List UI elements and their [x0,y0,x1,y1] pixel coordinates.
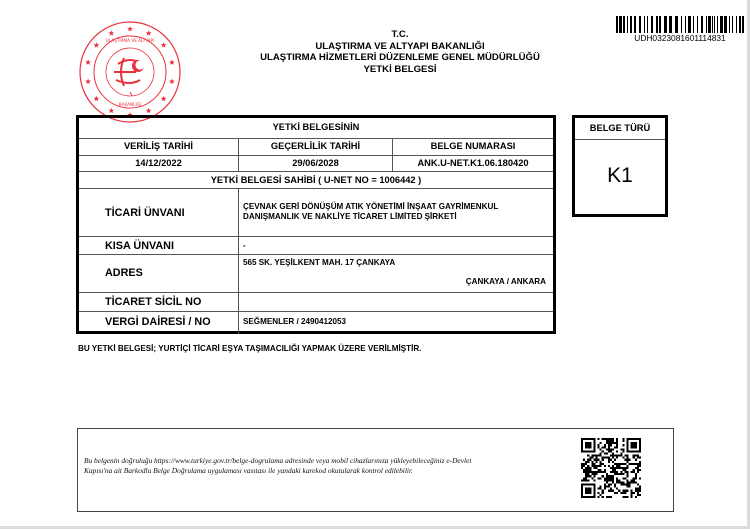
header-ministry: ULAŞTIRMA VE ALTYAPI BAKANLIĞI [240,41,560,53]
verification-line1: Bu belgenin doğruluğu https://www.turkiy… [84,456,554,466]
address-label: ADRES [105,267,143,279]
issue-date: 14/12/2022 [79,158,238,168]
short-name-label: KISA ÜNVANI [105,240,174,252]
document-type-box: BELGE TÜRÜ K1 [572,115,668,217]
address-line2: ÇANKAYA / ANKARA [466,277,546,286]
barcode-icon [616,16,744,33]
certificate-title: YETKİ BELGESİNİN [79,122,553,132]
header-directorate: ULAŞTIRMA HİZMETLERİ DÜZENLEME GENEL MÜD… [240,52,560,64]
issue-date-header: VERİLİŞ TARİHİ [79,141,238,151]
header-document-title: YETKİ BELGESİ [240,64,560,76]
verification-line2: Kapısı'na ait Barkodlu Belge Doğrulama u… [84,466,554,476]
tax-office-number: SEĞMENLER / 2490412053 [243,317,346,326]
trade-registry-label: TİCARET SİCİL NO [105,296,201,308]
verification-box: Bu belgenin doğruluğu https://www.turkiy… [77,428,674,512]
trade-name-line1: ÇEVNAK GERİ DÖNÜŞÜM ATIK YÖNETİMİ İNŞAAT… [243,202,498,211]
qr-code-icon[interactable] [581,438,641,498]
tax-label: VERGİ DAİRESİ / NO [105,316,211,328]
authorization-statement: BU YETKİ BELGESİ; YURTİÇİ TİCARİ EŞYA TA… [78,344,421,353]
svg-text:ULAŞTIRMA VE ALTYAPI: ULAŞTIRMA VE ALTYAPI [106,38,154,43]
document-header: T.C. ULAŞTIRMA VE ALTYAPI BAKANLIĞI ULAŞ… [240,29,560,75]
document-type-value: K1 [575,164,665,188]
trade-name-label: TİCARİ ÜNVANI [105,207,185,219]
validity-date-header: GEÇERLİLİK TARİHİ [239,141,392,151]
certificate-table: YETKİ BELGESİNİN VERİLİŞ TARİHİ GEÇERLİL… [76,115,556,334]
short-name: - [243,241,246,250]
document-number: ANK.U-NET.K1.06.180420 [393,158,553,168]
document-type-label: BELGE TÜRÜ [575,118,665,140]
svg-text:BAKANLIĞI: BAKANLIĞI [119,102,141,107]
document-number-header: BELGE NUMARASI [393,141,553,151]
header-tc: T.C. [240,29,560,41]
holder-title: YETKİ BELGESİ SAHİBİ ( U-NET NO = 100644… [79,175,553,185]
ministry-seal-icon: ULAŞTIRMA VE ALTYAPI BAKANLIĞI [78,20,182,124]
address-line1: 565 SK. YEŞİLKENT MAH. 17 ÇANKAYA [243,258,395,267]
verification-text: Bu belgenin doğruluğu https://www.turkiy… [84,456,554,475]
barcode-number: UDH0323081601114831 [612,33,748,43]
validity-date: 29/06/2028 [239,158,392,168]
trade-name-line2: DANIŞMANLIK VE NAKLİYE TİCARET LİMİTED Ş… [243,212,457,221]
